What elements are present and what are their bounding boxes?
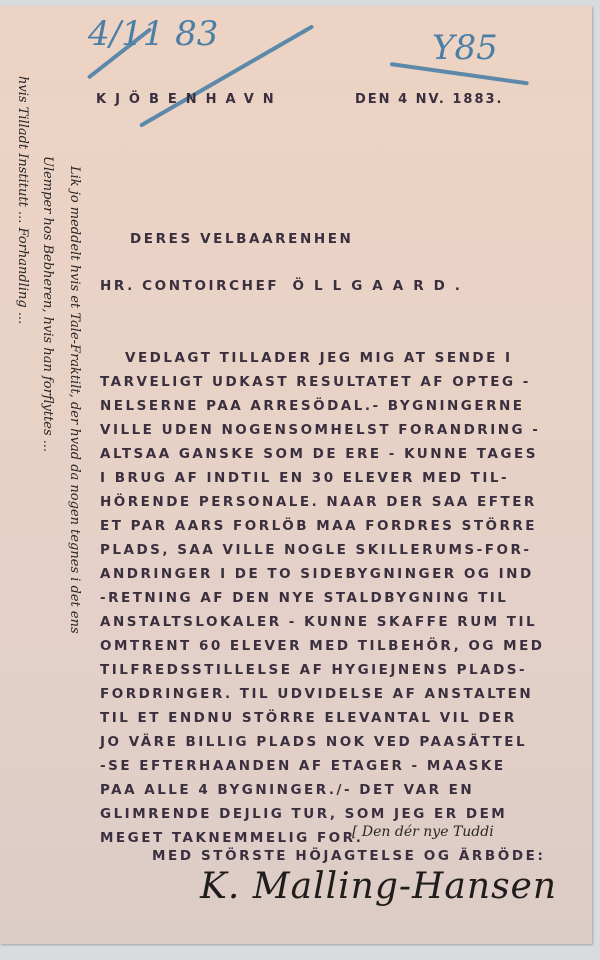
signature: K. Malling-Hansen — [200, 866, 557, 907]
body-line: OMTRENT 60 ELEVER MED TILBEHÖR, OG MED — [100, 638, 545, 654]
salutation-recipient: HR. CONTOIRCHEF ÖLLGAARD. — [100, 278, 470, 294]
handwritten-insert: [ Den dér nye Tuddi — [352, 824, 494, 840]
body-line: JO VÄRE BILLIG PLADS NOK VED PAASÄTTEL — [100, 734, 527, 750]
letter-date: DEN 4 NV. 1883. — [355, 92, 504, 107]
body-line: PAA ALLE 4 BYGNINGER./- DET VAR EN — [100, 782, 474, 798]
body-line: -RETNING AF DEN NYE STALDBYGNING TIL — [100, 590, 508, 606]
body-line: VEDLAGT TILLADER JEG MIG AT SENDE I — [125, 350, 513, 366]
letter-place: KJÖBENHAVN — [96, 92, 283, 107]
body-line: -SE EFTERHAANDEN AF ETAGER - MAASKE — [100, 758, 506, 774]
body-line: TARVELIGT UDKAST RESULTATET AF OPTEG - — [100, 374, 531, 390]
body-line: ANDRINGER I DE TO SIDEBYGNINGER OG IND — [100, 566, 534, 582]
recipient-title: HR. CONTOIRCHEF — [100, 278, 279, 294]
body-line: ALTSAA GANSKE SOM DE ERE - KUNNE TAGES — [100, 446, 538, 462]
archive-number-annotation: Y85 — [432, 28, 498, 68]
body-line: PLADS, SAA VILLE NOGLE SKILLERUMS-FOR- — [100, 542, 531, 558]
body-line: TILFREDSSTILLELSE AF HYGIEJNENS PLADS- — [100, 662, 527, 678]
body-line: ANSTALTSLOKALER - KUNNE SKAFFE RUM TIL — [100, 614, 537, 630]
recipient-name: ÖLLGAARD. — [293, 278, 470, 294]
letter-page: 4/11 83 Y85 KJÖBENHAVN DEN 4 NV. 1883. D… — [0, 6, 592, 944]
margin-note: Ulemper hos Bebheren, hvis han forflytte… — [40, 156, 55, 452]
body-line: TIL ET ENDNU STÖRRE ELEVANTAL VIL DER — [100, 710, 517, 726]
salutation-title: DERES VELBAARENHEN — [130, 231, 353, 247]
margin-note: Lik jo meddelt hvis et Tale-Fraktilt, de… — [67, 166, 82, 634]
body-line: VILLE UDEN NOGENSOMHELST FORANDRING - — [100, 422, 540, 438]
body-line: I BRUG AF INDTIL EN 30 ELEVER MED TIL- — [100, 470, 509, 486]
body-line: FORDRINGER. TIL UDVIDELSE AF ANSTALTEN — [100, 686, 533, 702]
body-line: HÖRENDE PERSONALE. NAAR DER SAA EFTER — [100, 494, 537, 510]
margin-note: hvis Tilladt Institutt ... Forhandling .… — [15, 76, 30, 324]
archive-date-annotation: 4/11 83 — [88, 14, 218, 54]
body-line: ET PAR AARS FORLÖB MAA FORDRES STÖRRE — [100, 518, 537, 534]
body-line: GLIMRENDE DEJLIG TUR, SOM JEG ER DEM — [100, 806, 507, 822]
body-line: NELSERNE PAA ARRESÖDAL.- BYGNINGERNE — [100, 398, 525, 414]
body-line: MEGET TAKNEMMELIG FOR. — [100, 830, 363, 846]
closing-line: MED STÖRSTE HÖJAGTELSE OG ÄRBÖDE: — [152, 848, 545, 864]
